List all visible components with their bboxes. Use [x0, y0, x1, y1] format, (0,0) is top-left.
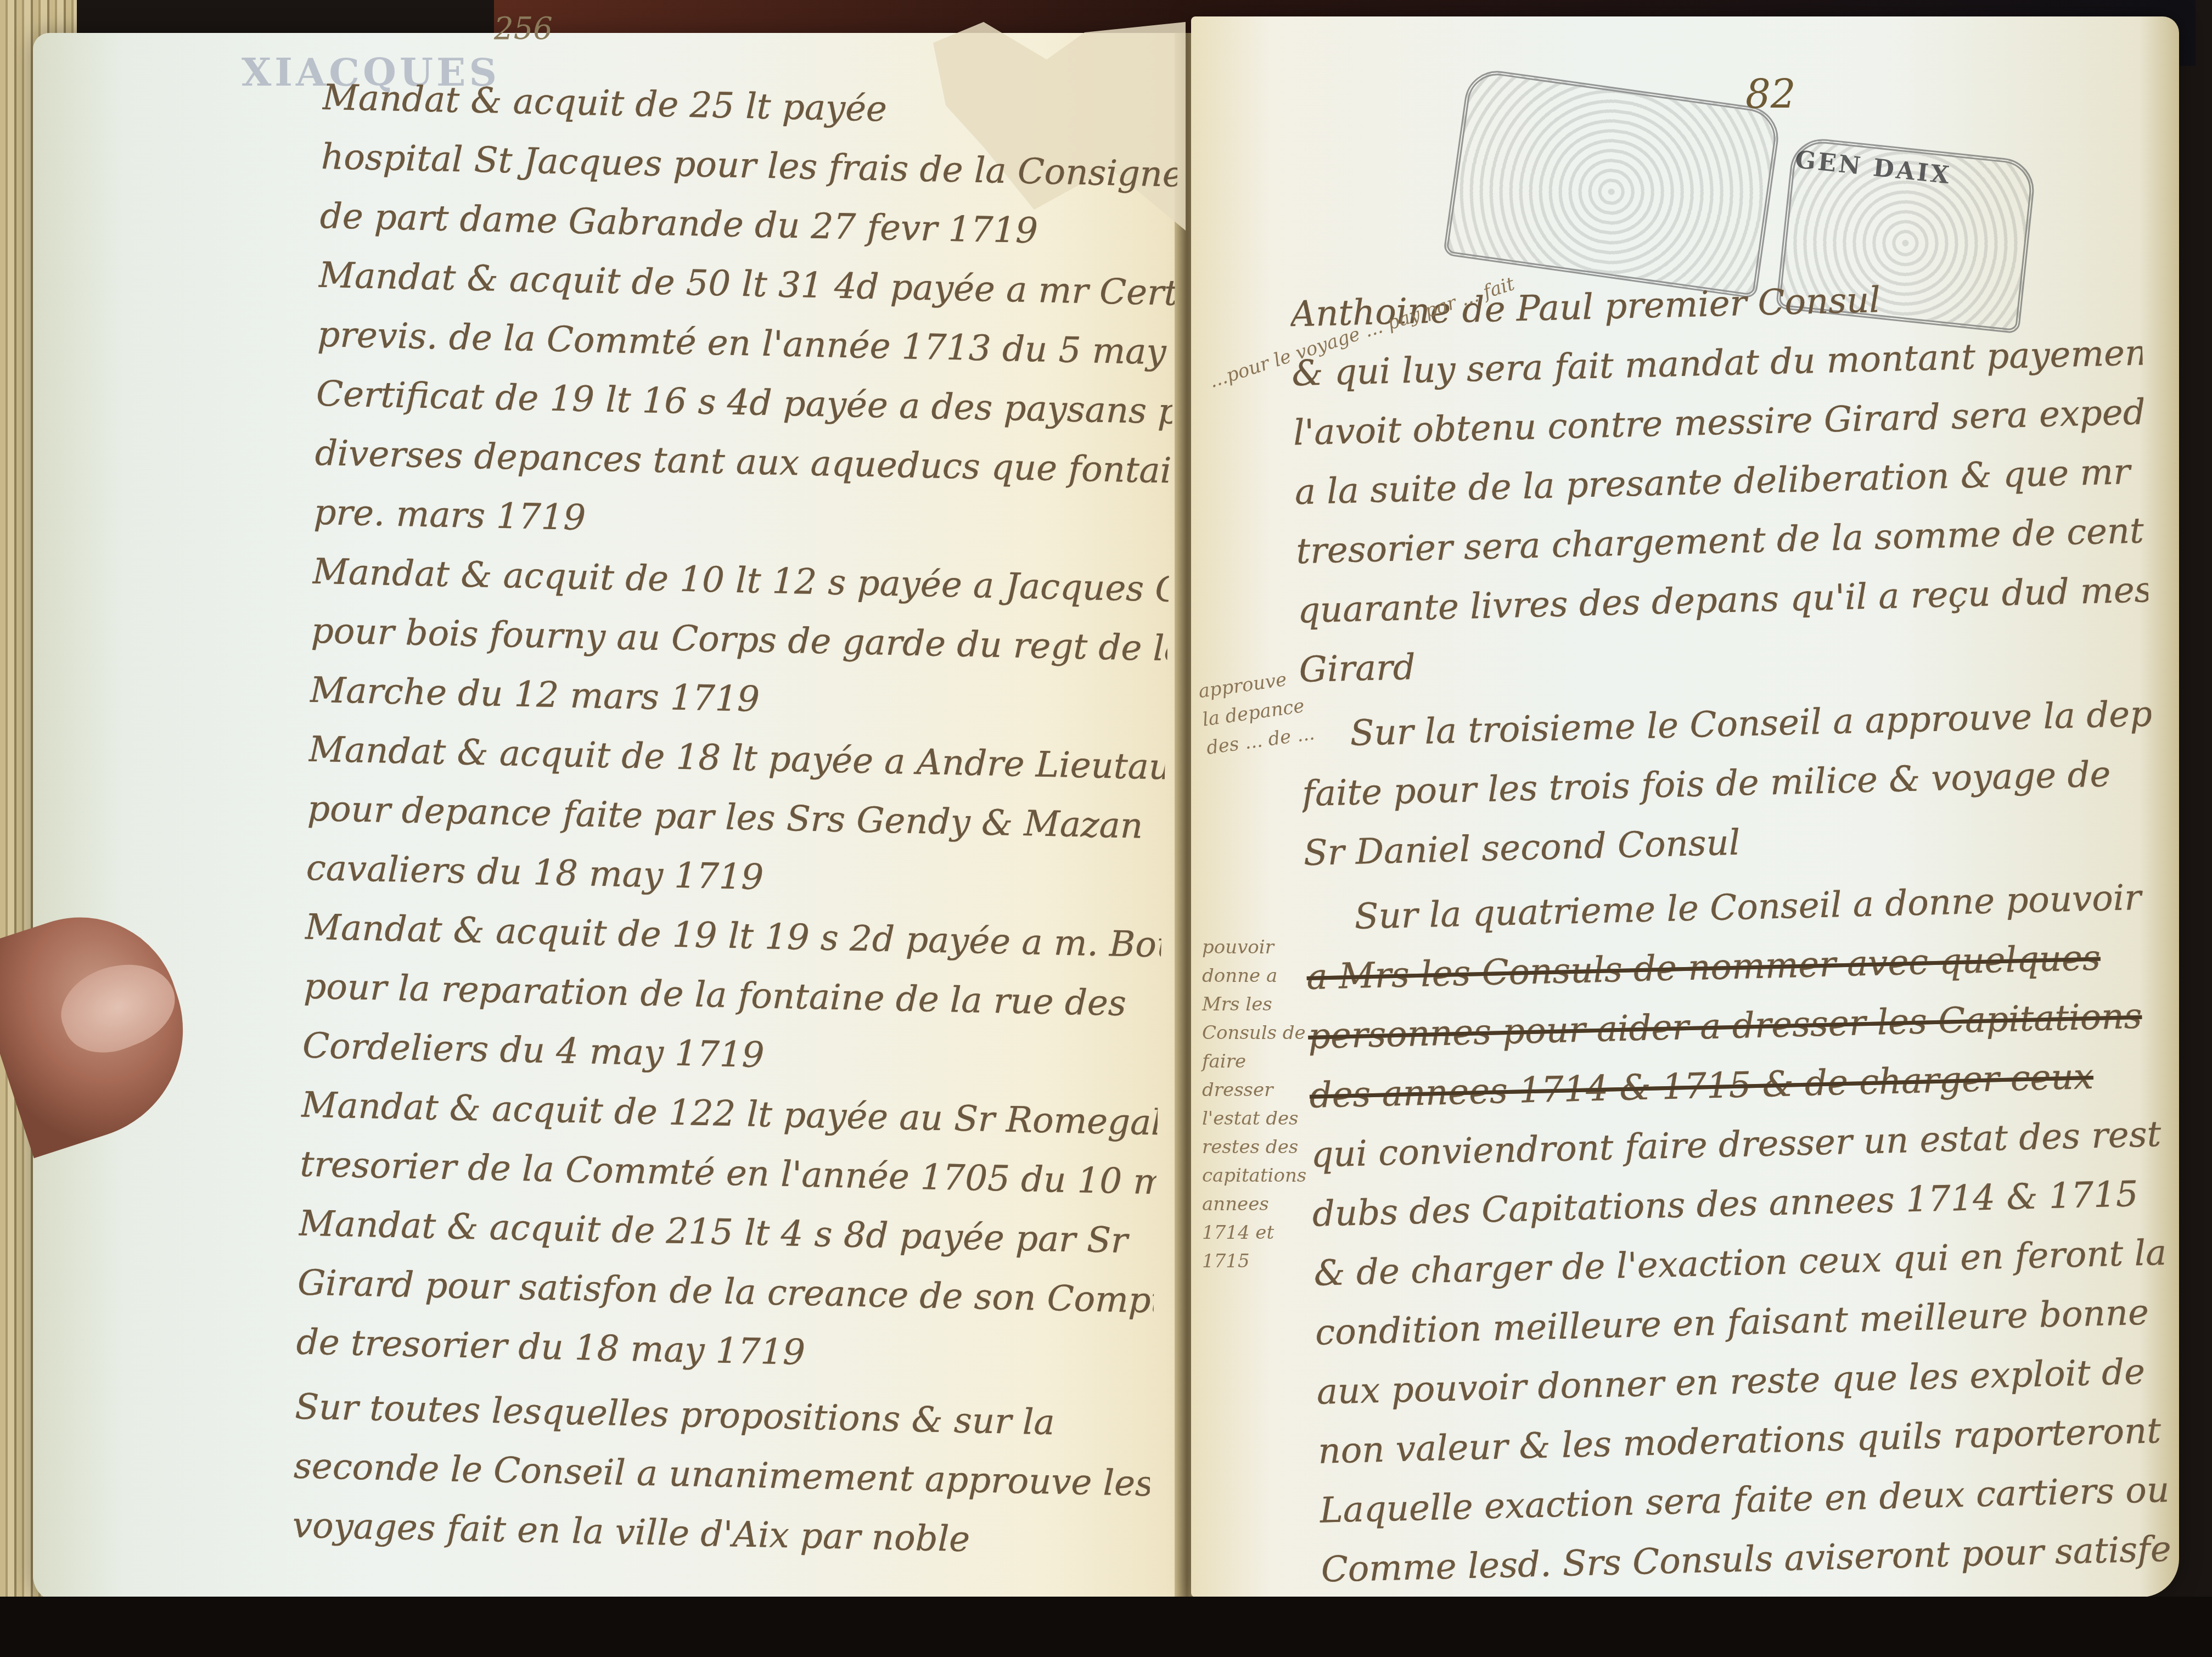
left-page-text: Mandat & acquit de 25 lt payée hospital … — [292, 68, 1179, 1573]
left-folio-number: 256 — [494, 11, 553, 47]
manuscript-photo: XIACQUES 256 GEN DAIX 82 Mandat & acquit… — [0, 0, 2212, 1657]
background-bottom — [0, 1597, 2212, 1657]
right-page-text: Anthoine de Paul premier Consul & qui lu… — [1290, 264, 2174, 1657]
right-folio-number: 82 — [1745, 71, 1796, 117]
margin-note: pouvoir donne a Mrs les Consuls de faire… — [1202, 933, 1306, 1276]
margin-note: approuve la depance des ... de ... — [1197, 662, 1317, 762]
